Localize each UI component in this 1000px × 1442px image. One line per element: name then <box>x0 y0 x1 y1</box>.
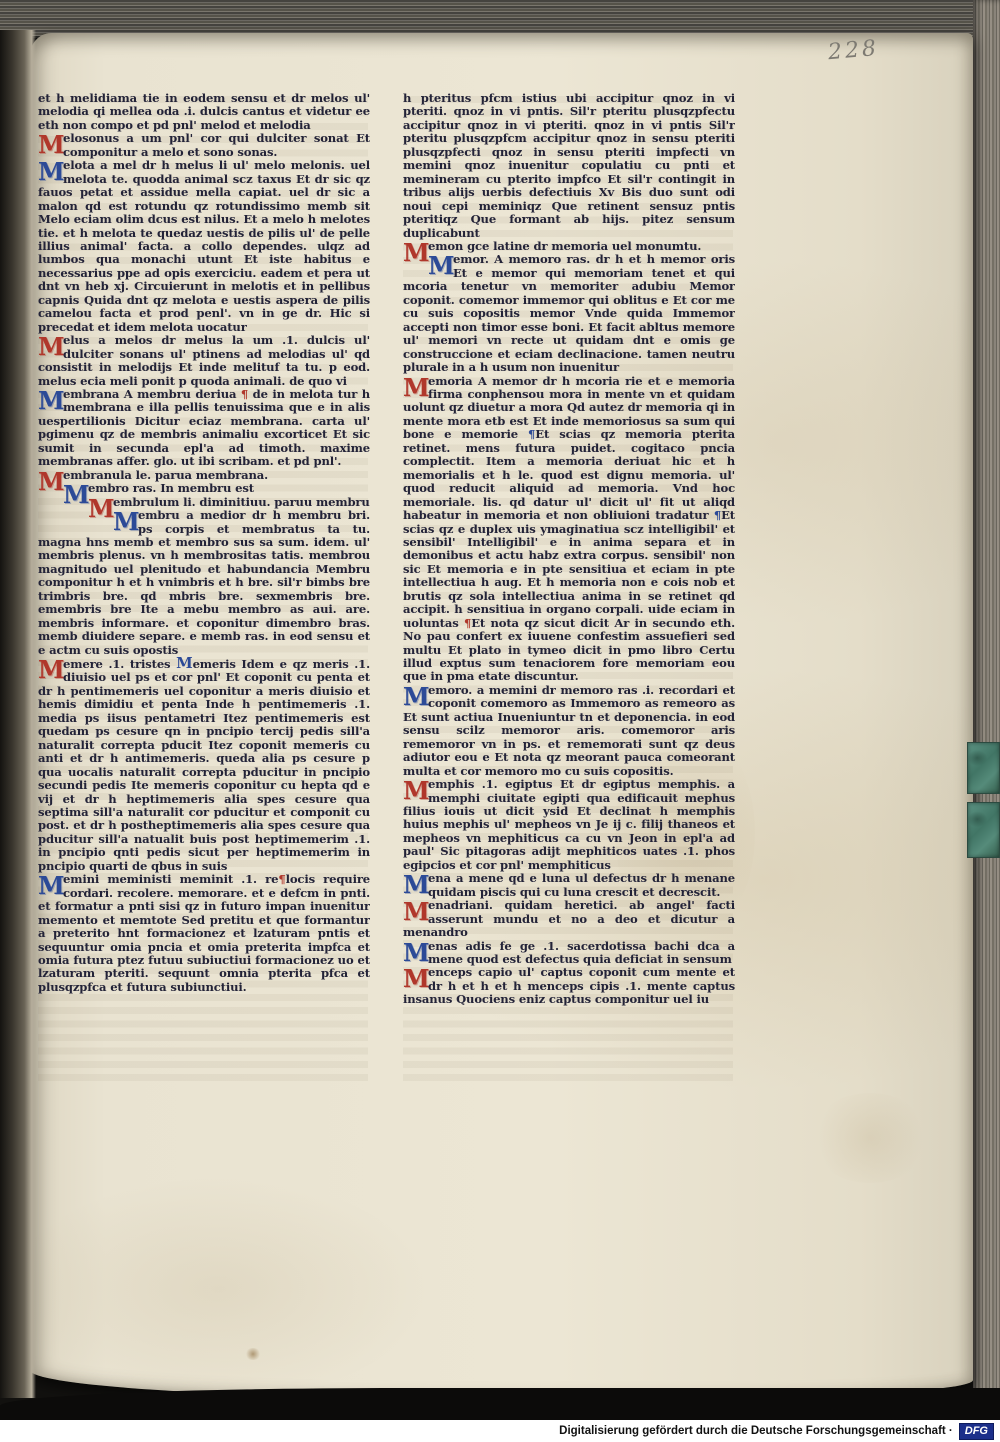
entry-text: ena a mene qd e luna ul defectus dr h me… <box>428 871 735 898</box>
entry-text: et h melidiama tie in eodem sensu et dr … <box>38 92 370 132</box>
lombard-initial: M <box>403 940 426 965</box>
dfg-logo: DFG <box>959 1423 994 1440</box>
entry-text: emon gce latine dr memoria uel monumtu. <box>428 239 701 253</box>
dictionary-entry: Menadriani. quidam heretici. ab angel' f… <box>403 899 735 939</box>
dictionary-entry: Mena a mene qd e luna ul defectus dr h m… <box>403 872 735 899</box>
lombard-initial: M <box>403 872 426 897</box>
lombard-initial: M <box>428 253 451 278</box>
entry-text: embro ras. In membru est <box>88 481 254 495</box>
entry-text: emor. A memoro ras. dr h et h memor oris… <box>403 252 735 374</box>
lombard-initial: M <box>403 684 426 709</box>
dictionary-entry: et h melidiama tie in eodem sensu et dr … <box>38 92 370 132</box>
entry-text: emoro. a memini dr memoro ras .i. record… <box>403 683 735 778</box>
dictionary-entry: Memphis .1. egiptus Et dr egiptus memphi… <box>403 778 735 872</box>
dictionary-entry: Melus a melos dr melus la um .1. dulcis … <box>38 334 370 388</box>
entry-text: h pteritus pfcm istius ubi accipitur qno… <box>403 92 735 240</box>
dictionary-entry: Memoro. a memini dr memoro ras .i. recor… <box>403 684 735 778</box>
dictionary-entry: Melosonus a um pnl' cor qui dulciter son… <box>38 132 370 159</box>
entry-text: emere .1. tristes <box>63 657 176 671</box>
dictionary-entry: Memere .1. tristes Memeris Idem e qz mer… <box>38 657 370 873</box>
entry-text: embru a medior dr h membru bri. ps corpi… <box>38 508 370 657</box>
paragraph-mark: ¶ <box>714 508 721 522</box>
lombard-initial: M <box>88 496 111 521</box>
entry-text: Et scias qz e duplex uis ymaginatiua scz… <box>403 508 735 630</box>
lombard-initial: M <box>38 334 61 359</box>
dictionary-entry: h pteritus pfcm istius ubi accipitur qno… <box>403 92 735 240</box>
lombard-initial: M <box>38 132 61 157</box>
dictionary-entry: Memini meministi meminit .1. re¶locis re… <box>38 873 370 994</box>
book-fore-edge <box>973 0 1000 1398</box>
dictionary-entry: Melota a mel dr h melus li ul' melo melo… <box>38 159 370 334</box>
dictionary-entry: Membrana A membru deriua ¶ de in melota … <box>38 388 370 469</box>
lombard-initial: M <box>38 388 61 413</box>
lombard-initial: M <box>403 899 426 924</box>
digitization-credit: Digitalisierung gefördert durch die Deut… <box>559 1425 953 1437</box>
entry-text: embrana A membru deriua <box>63 387 241 401</box>
dictionary-entry: Membru a medior dr h membru bri. ps corp… <box>38 509 370 657</box>
dictionary-entry: Memor. A memoro ras. dr h et h memor ori… <box>403 253 735 374</box>
entry-text: elus a melos dr melus la um .1. dulcis u… <box>38 333 370 387</box>
lombard-initial: M <box>38 657 61 682</box>
lombard-initial: M <box>403 375 426 400</box>
binding-gutter <box>0 30 36 1398</box>
entry-text: emini meministi meminit .1. re <box>63 872 278 886</box>
folio-number: 228 <box>827 36 880 65</box>
footer-bar: Digitalisierung gefördert durch die Deut… <box>0 1420 1000 1442</box>
dictionary-entry: Menceps capio ul' captus coponit cum men… <box>403 966 735 1006</box>
lombard-initial: M <box>38 873 61 898</box>
lombard-initial: M <box>38 159 61 184</box>
dictionary-entry: Membro ras. In membru est <box>38 482 370 495</box>
entry-text: enceps capio ul' captus coponit cum ment… <box>403 965 735 1006</box>
entry-text: elosonus a um pnl' cor qui dulciter sona… <box>63 131 370 158</box>
lombard-initial: M <box>403 966 426 991</box>
parchment-stain <box>810 1093 930 1183</box>
scanner-background <box>0 1388 1000 1420</box>
entry-text: elota a mel dr h melus li ul' melo melon… <box>38 158 370 333</box>
bookmark-tab <box>967 802 1000 858</box>
lombard-initial: M <box>403 778 426 803</box>
entry-text: locis require cordari. recolere. memorar… <box>38 872 370 994</box>
bookmark-tab <box>967 742 1000 794</box>
dictionary-entry: Menas adis fe ge .1. sacerdotissa bachi … <box>403 940 735 967</box>
entry-text: embrulum li. diminitiuu. paruu membru <box>113 495 370 509</box>
entry-text: Et scias qz memoria pterita retinet. men… <box>403 427 735 522</box>
ink-stain <box>245 1348 261 1360</box>
dictionary-entry: Memoria A memor dr h mcoria rie et e mem… <box>403 375 735 684</box>
lombard-initial: M <box>63 482 86 507</box>
paragraph-mark: ¶ <box>278 872 285 886</box>
left-text-column: et h melidiama tie in eodem sensu et dr … <box>38 92 370 1076</box>
lombard-initial: M <box>403 240 426 265</box>
entry-text: enas adis fe ge .1. sacerdotissa bachi d… <box>428 939 735 966</box>
entry-text: embranula le. parua membrana. <box>63 468 268 482</box>
entry-text: M <box>176 654 192 672</box>
right-text-column: h pteritus pfcm istius ubi accipitur qno… <box>403 92 735 1076</box>
scanned-manuscript-view: 228 et h melidiama tie in eodem sensu et… <box>0 0 1000 1442</box>
entry-text: emphis .1. egiptus Et dr egiptus memphis… <box>403 777 735 872</box>
lombard-initial: M <box>38 469 61 494</box>
lombard-initial: M <box>113 509 136 534</box>
entry-text: emeris Idem e qz meris .1. diuisio uel p… <box>38 657 370 873</box>
entry-text: enadriani. quidam heretici. ab angel' fa… <box>403 898 735 939</box>
